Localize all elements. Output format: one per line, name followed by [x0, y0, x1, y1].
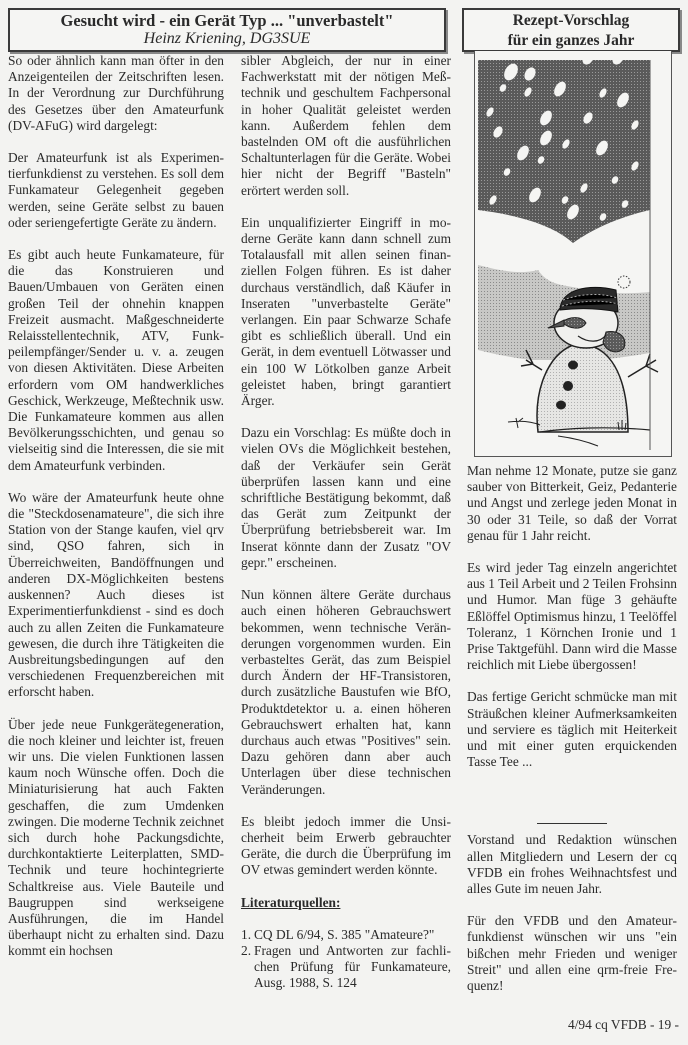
greeting-paragraph: Vorstand und Redaktion wünschen allen Mi…: [467, 832, 677, 897]
recipe-paragraph: Es wird jeder Tag einzeln angerich­tet a…: [467, 560, 677, 673]
snowman-illustration-icon: [478, 60, 667, 450]
spacer: [467, 786, 677, 832]
sidebar-title-line1: Rezept-Vorschlag: [464, 11, 678, 30]
reference-text: Fragen und Antworten zur fachli­chen Prü…: [254, 943, 451, 992]
paragraph: Ein unqualifizierter Eingriff in mo­dern…: [241, 215, 451, 409]
references-title: Literaturquellen:: [241, 895, 451, 911]
sidebar-title-line2: für ein ganzes Jahr: [464, 31, 678, 50]
paragraph: Nun können ältere Geräte durchaus auch e…: [241, 587, 451, 798]
article-title: Gesucht wird - ein Gerät Typ ... "unverb…: [10, 11, 444, 30]
paragraph: Der Amateurfunk ist als Experimen­tierfu…: [8, 150, 224, 231]
references-list: 1. CQ DL 6/94, S. 385 "Amateure?" 2. Fra…: [241, 927, 451, 992]
paragraph: Über jede neue Funkgerätegenera­tion, di…: [8, 717, 224, 960]
paragraph: So oder ähnlich kann man öfter in den An…: [8, 53, 224, 134]
references-section: Literaturquellen: 1. CQ DL 6/94, S. 385 …: [241, 895, 451, 992]
paragraph: Es bleibt jedoch immer die Unsi­cherheit…: [241, 814, 451, 879]
paragraph: Dazu ein Vorschlag: Es müßte doch in vie…: [241, 425, 451, 571]
reference-item: 1. CQ DL 6/94, S. 385 "Amateure?": [241, 927, 451, 943]
reference-text: CQ DL 6/94, S. 385 "Amateure?": [254, 927, 451, 943]
greeting-paragraph: Für den VFDB und den Amateur­funkdienst …: [467, 913, 677, 994]
reference-number: 2.: [241, 943, 254, 992]
reference-number: 1.: [241, 927, 254, 943]
sidebar-text-column: Man nehme 12 Monate, putze sie ganz saub…: [467, 463, 677, 1010]
article-header-box: Gesucht wird - ein Gerät Typ ... "unverb…: [8, 8, 446, 52]
sidebar-header-box: Rezept-Vorschlag für ein ganzes Jahr: [462, 8, 680, 52]
recipe-paragraph: Man nehme 12 Monate, putze sie ganz saub…: [467, 463, 677, 544]
article-author: Heinz Kriening, DG3SUE: [10, 30, 444, 48]
paragraph: Wo wäre der Amateurfunk heute ohne die "…: [8, 490, 224, 701]
recipe-paragraph: Das fertige Gericht schmücke man mit Str…: [467, 689, 677, 770]
section-divider: [537, 823, 607, 824]
article-column-middle: sibler Abgleich, der nur in einer Fachwe…: [241, 53, 451, 992]
paragraph: Es gibt auch heute Funkamateure, für die…: [8, 247, 224, 474]
paragraph: sibler Abgleich, der nur in einer Fachwe…: [241, 53, 451, 199]
article-column-left: So oder ähnlich kann man öfter in den An…: [8, 53, 224, 976]
reference-item: 2. Fragen und Antworten zur fachli­chen …: [241, 943, 451, 992]
page-footer: 4/94 cq VFDB - 19 -: [568, 1017, 679, 1033]
illustration-frame: [474, 51, 672, 457]
